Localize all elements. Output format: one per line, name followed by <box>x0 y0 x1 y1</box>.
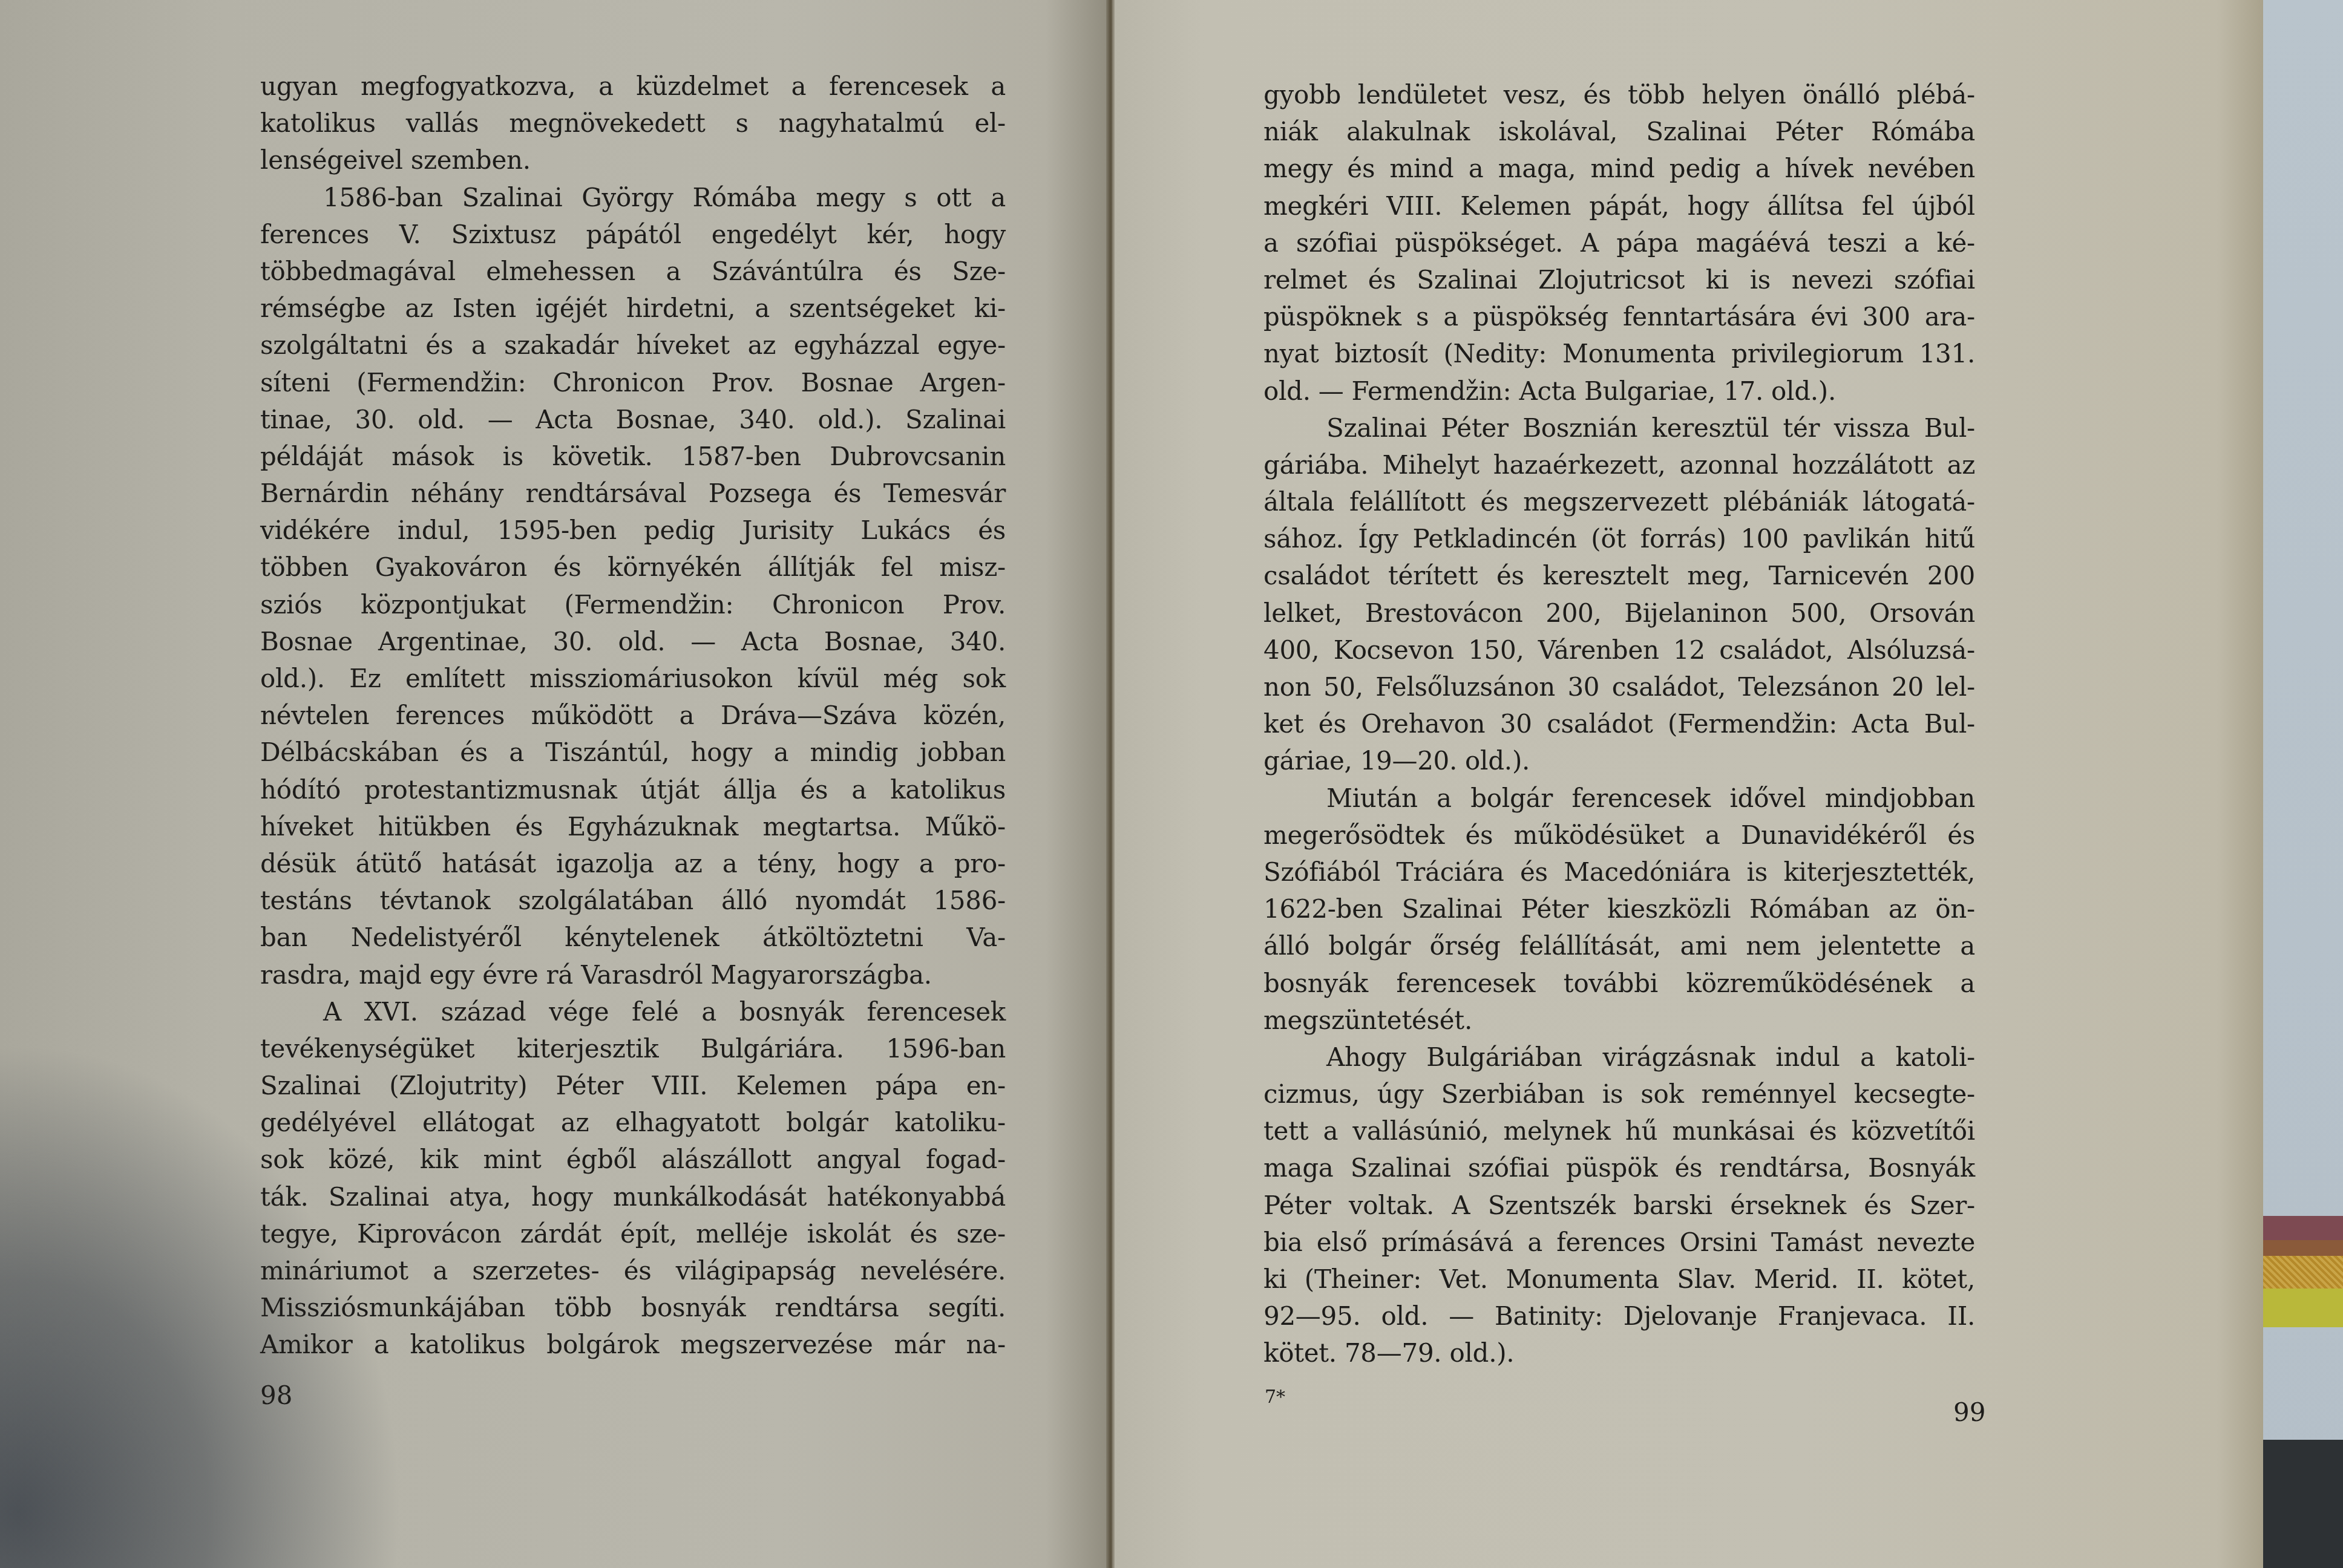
text-line: katolikus vallás megnövekedett s nagyhat… <box>260 105 1006 142</box>
text-line: sziós központjukat (Fermendžin: Chronico… <box>260 586 1006 623</box>
text-line: old.). Ez említett missziomáriusokon kív… <box>260 660 1006 697</box>
text-line: non 50, Felsőluzsánon 30 családot, Telez… <box>1263 668 1975 705</box>
text-line: Péter voltak. A Szentszék barski érsekne… <box>1263 1187 1975 1224</box>
text-line: tegye, Kiprovácon zárdát épít, melléje i… <box>260 1215 1006 1252</box>
text-line: Missziósmunkájában több bosnyák rendtárs… <box>260 1289 1006 1326</box>
page-number-right: 99 <box>1953 1397 1985 1427</box>
text-line: híveket hitükben és Egyházuknak megtarts… <box>260 808 1006 845</box>
text-line: vidékére indul, 1595-ben pedig Jurisity … <box>260 512 1006 549</box>
text-line: old. — Fermendžin: Acta Bulgariae, 17. o… <box>1263 373 1975 410</box>
text-line: megszüntetését. <box>1263 1002 1975 1039</box>
text-line: tevékenységüket kiterjesztik Bulgáriára.… <box>260 1030 1006 1067</box>
text-line: 92—95. old. — Batinity: Djelovanje Franj… <box>1263 1298 1975 1334</box>
text-line: Szalinai Péter Bosznián keresztül tér vi… <box>1263 410 1975 446</box>
left-page-body: ugyan megfogyatkozva, a küzdelmet a fere… <box>260 68 1006 1364</box>
text-line: Délbácskában és a Tiszántúl, hogy a mind… <box>260 734 1006 771</box>
text-line: maga Szalinai szófiai püspök és rendtárs… <box>1263 1149 1975 1186</box>
text-line: sok közé, kik mint égből alászállott ang… <box>260 1141 1006 1178</box>
text-line: nyat biztosít (Nedity: Monumenta privile… <box>1263 335 1975 372</box>
text-line: családot térített és keresztelt meg, Tar… <box>1263 557 1975 594</box>
text-line: 1622-ben Szalinai Péter kieszközli Rómáb… <box>1263 890 1975 927</box>
background-stripe-yellow <box>2263 1289 2343 1327</box>
text-line: többedmagával elmehessen a Szávántúlra é… <box>260 253 1006 290</box>
text-line: példáját mások is követik. 1587-ben Dubr… <box>260 438 1006 475</box>
text-line: ket és Orehavon 30 családot (Fermendžin:… <box>1263 705 1975 742</box>
text-line: lelket, Brestovácon 200, Bijelaninon 500… <box>1263 595 1975 632</box>
text-line: szolgáltatni és a szakadár híveket az eg… <box>260 327 1006 364</box>
text-line: Miután a bolgár ferencesek idővel mindjo… <box>1263 780 1975 817</box>
text-line: ták. Szalinai atya, hogy munkálkodását h… <box>260 1178 1006 1215</box>
text-line: gedélyével ellátogat az elhagyatott bolg… <box>260 1104 1006 1141</box>
text-line: Bernárdin néhány rendtársával Pozsega és… <box>260 475 1006 512</box>
text-line: niák alakulnak iskolával, Szalinai Péter… <box>1263 113 1975 150</box>
page-number-left: 98 <box>260 1380 292 1410</box>
text-line: ferences V. Szixtusz pápától engedélyt k… <box>260 216 1006 253</box>
book-gutter <box>1106 0 1115 1568</box>
background-stripe-brown <box>2263 1240 2343 1256</box>
text-line: ki (Theiner: Vet. Monumenta Slav. Merid.… <box>1263 1261 1975 1298</box>
text-line: Amikor a katolikus bolgárok megszervezés… <box>260 1326 1006 1363</box>
right-page-body: gyobb lendületet vesz, és több helyen ön… <box>1263 76 1975 1372</box>
text-line: lenségeivel szemben. <box>260 142 1006 178</box>
text-line: tett a vallásúnió, melynek hű munkásai é… <box>1263 1112 1975 1149</box>
text-line: síteni (Fermendžin: Chronicon Prov. Bosn… <box>260 364 1006 401</box>
text-line: Szalinai (Zlojutrity) Péter VIII. Keleme… <box>260 1067 1006 1104</box>
text-line: rasdra, majd egy évre rá Varasdról Magya… <box>260 956 1006 993</box>
text-line: ugyan megfogyatkozva, a küzdelmet a fere… <box>260 68 1006 105</box>
text-line: 400, Kocsevon 150, Várenben 12 családot,… <box>1263 632 1975 668</box>
signature-mark: 7* <box>1265 1387 1285 1408</box>
text-line: gyobb lendületet vesz, és több helyen ön… <box>1263 76 1975 113</box>
text-line: megy és mind a maga, mind pedig a hívek … <box>1263 150 1975 187</box>
text-line: mináriumot a szerzetes- és világipapság … <box>260 1252 1006 1289</box>
text-line: Ahogy Bulgáriában virágzásnak indul a ka… <box>1263 1039 1975 1076</box>
right-page: gyobb lendületet vesz, és több helyen ön… <box>1112 0 2263 1568</box>
text-line: testáns tévtanok szolgálatában álló nyom… <box>260 882 1006 919</box>
text-line: megerősödtek és működésüket a Dunavidéké… <box>1263 817 1975 854</box>
text-line: általa felállított és megszervezett pléb… <box>1263 483 1975 520</box>
text-line: Bosnae Argentinae, 30. old. — Acta Bosna… <box>260 623 1006 660</box>
left-page: ugyan megfogyatkozva, a küzdelmet a fere… <box>0 0 1112 1568</box>
background-stripe-ochre <box>2263 1256 2343 1289</box>
background-surface <box>2263 0 2343 1568</box>
text-line: álló bolgár őrség felállítását, ami nem … <box>1263 927 1975 964</box>
text-line: püspöknek s a püspökség fenntartására év… <box>1263 298 1975 335</box>
background-dark-object <box>2263 1440 2343 1568</box>
text-line: bia első prímásává a ferences Orsini Tam… <box>1263 1224 1975 1261</box>
text-line: désük átütő hatását igazolja az a tény, … <box>260 845 1006 882</box>
text-line: Szófiából Tráciára és Macedóniára is kit… <box>1263 854 1975 890</box>
text-line: gáriae, 19—20. old.). <box>1263 742 1975 779</box>
text-line: többen Gyakováron és környékén állítják … <box>260 549 1006 586</box>
text-line: hódító protestantizmusnak útját állja és… <box>260 771 1006 808</box>
text-line: bosnyák ferencesek további közreműködésé… <box>1263 965 1975 1002</box>
text-line: tinae, 30. old. — Acta Bosnae, 340. old.… <box>260 401 1006 438</box>
background-stripe-maroon <box>2263 1216 2343 1240</box>
text-line: ban Nedelistyéről kénytelenek átköltözte… <box>260 919 1006 956</box>
text-line: sához. Így Petkladincén (öt forrás) 100 … <box>1263 520 1975 557</box>
text-line: gáriába. Mihelyt hazaérkezett, azonnal h… <box>1263 446 1975 483</box>
text-line: relmet és Szalinai Zlojutricsot ki is ne… <box>1263 261 1975 298</box>
text-line: névtelen ferences működött a Dráva—Száva… <box>260 697 1006 734</box>
text-line: rémségbe az Isten igéjét hirdetni, a sze… <box>260 290 1006 327</box>
text-line: A XVI. század vége felé a bosnyák ferenc… <box>260 993 1006 1030</box>
text-line: cizmus, úgy Szerbiában is sok reménnyel … <box>1263 1076 1975 1112</box>
text-line: kötet. 78—79. old.). <box>1263 1334 1975 1371</box>
text-line: a szófiai püspökséget. A pápa magáévá te… <box>1263 224 1975 261</box>
text-line: 1586-ban Szalinai György Rómába megy s o… <box>260 179 1006 216</box>
text-line: megkéri VIII. Kelemen pápát, hogy állíts… <box>1263 188 1975 224</box>
